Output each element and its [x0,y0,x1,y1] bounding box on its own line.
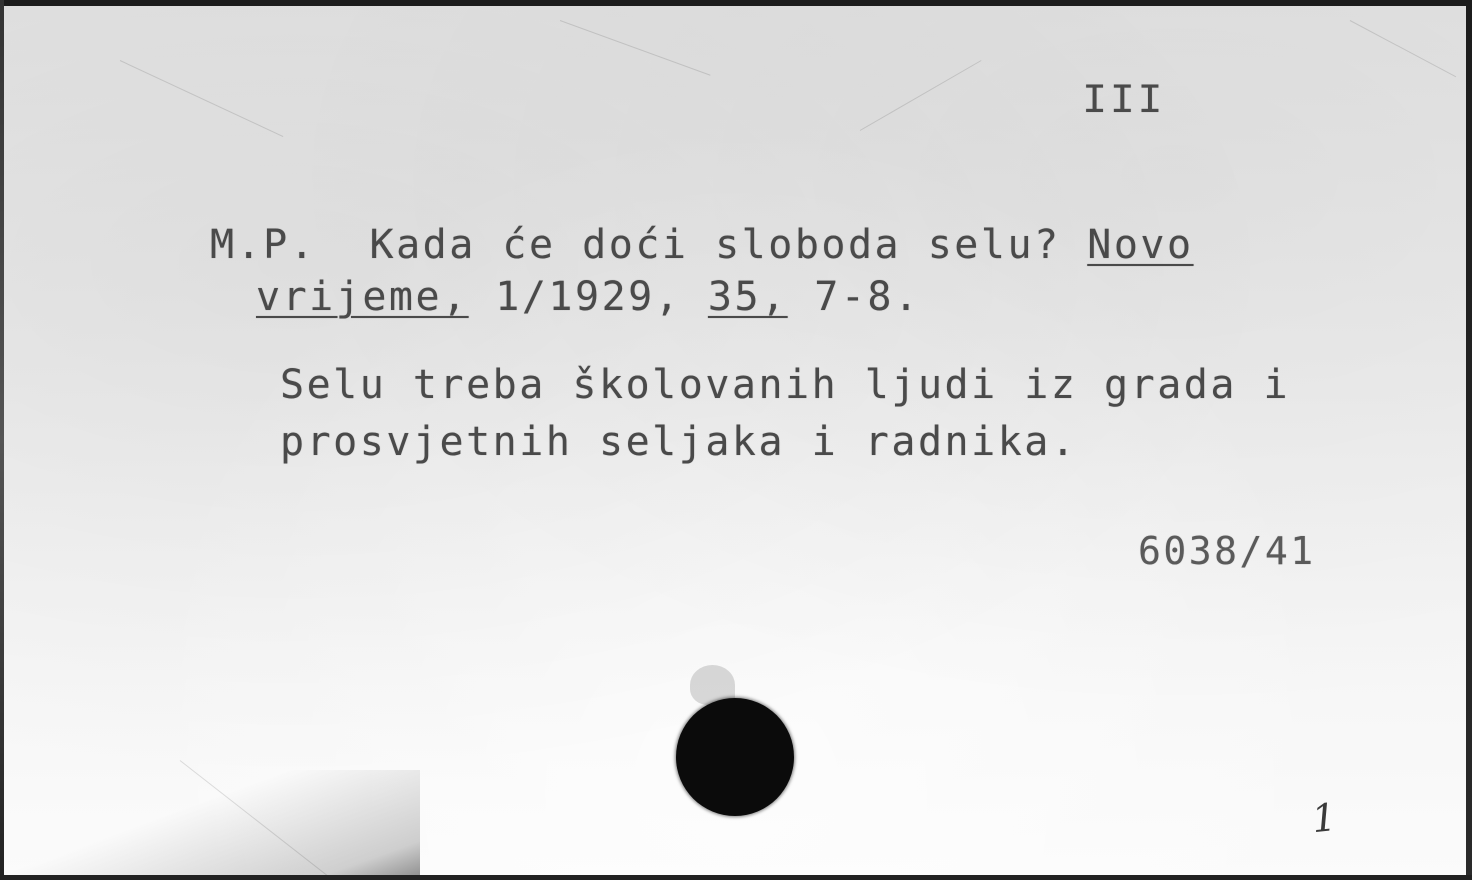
abstract-line-2: prosvjetnih seljaka i radnika. [280,422,1077,462]
abstract-line-1: Selu treba školovanih ljudi iz grada i [280,365,1290,405]
citation-title: Kada će doći sloboda selu? [370,222,1061,268]
handwritten-mark: 1 [1310,795,1339,841]
catalog-card: III M.P. Kada će doći sloboda selu? Novo… [0,0,1472,880]
scan-edge-top [0,0,1472,6]
citation-line-1: M.P. Kada će doći sloboda selu? Novo [210,225,1194,265]
citation-journal-part1: Novo [1087,222,1193,268]
punch-hole [676,698,794,816]
call-number: 6038/41 [1138,532,1316,570]
section-number: III [1082,80,1165,122]
citation-pages: 7-8. [814,274,920,320]
citation-author: M.P. [210,222,316,268]
paper-streak [560,20,711,76]
scan-shadow [0,770,420,880]
citation-line-2: vrijeme, 1/1929, 35, 7-8. [256,277,921,317]
scan-edge-left [0,0,4,880]
scan-edge-bottom [0,875,1472,880]
citation-issue: 1/1929, [495,274,681,320]
paper-streak [120,60,284,137]
paper-streak [860,60,982,131]
citation-journal-part2: vrijeme, [256,274,469,320]
citation-volume: 35, [708,274,788,320]
paper-streak [1350,20,1456,77]
scan-edge-right [1466,0,1472,880]
